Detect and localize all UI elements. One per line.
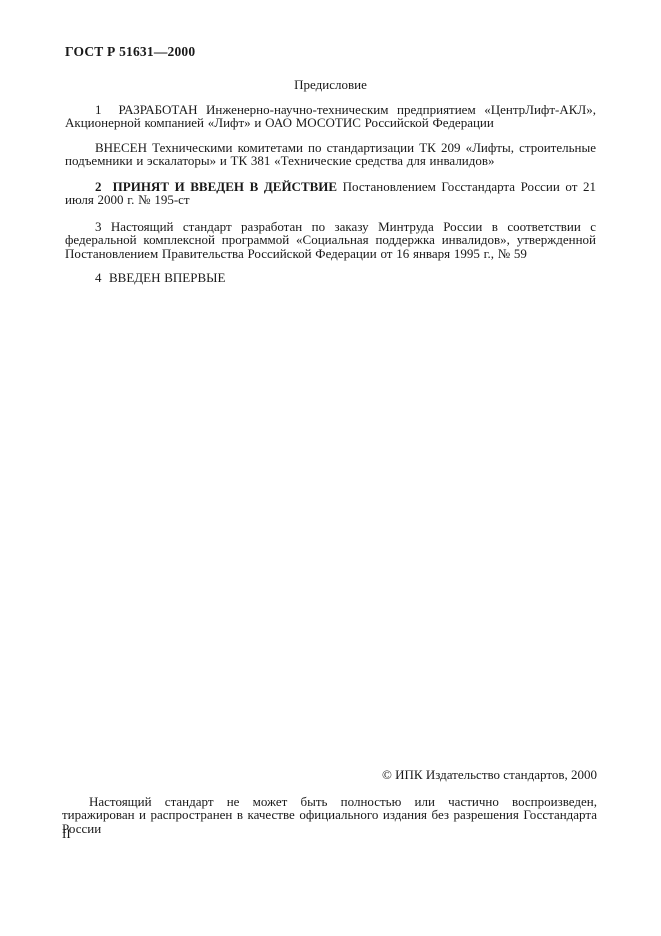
preface-title: Предисловие — [65, 77, 596, 93]
legal-notice: Настоящий стандарт не может быть полност… — [62, 795, 597, 835]
copyright-line: © ИПК Издательство стандартов, 2000 — [62, 767, 597, 783]
preface-item-developed: 1 РАЗРАБОТАН Инженерно-научно-технически… — [65, 103, 596, 130]
preface-item-adopted: 2 ПРИНЯТ И ВВЕДЕН В ДЕЙСТВИЕ Постановлен… — [65, 180, 596, 207]
doc-code: ГОСТ Р 51631—2000 — [65, 44, 195, 60]
preface-item-submitted: ВНЕСЕН Техническими комитетами по станда… — [65, 141, 596, 168]
page-number: II — [62, 826, 71, 842]
preface-item-head: 4 ВВЕДЕН ВПЕРВЫЕ — [95, 270, 225, 285]
document-page: ГОСТ Р 51631—2000 Предисловие 1 РАЗРАБОТ… — [0, 0, 661, 936]
preface-item-ordered: 3 Настоящий стандарт разработан по заказ… — [65, 220, 596, 260]
preface-item-first-introduced: 4 ВВЕДЕН ВПЕРВЫЕ — [65, 271, 596, 284]
preface-item-text: Настоящий стандарт разработан по заказу … — [65, 219, 596, 261]
